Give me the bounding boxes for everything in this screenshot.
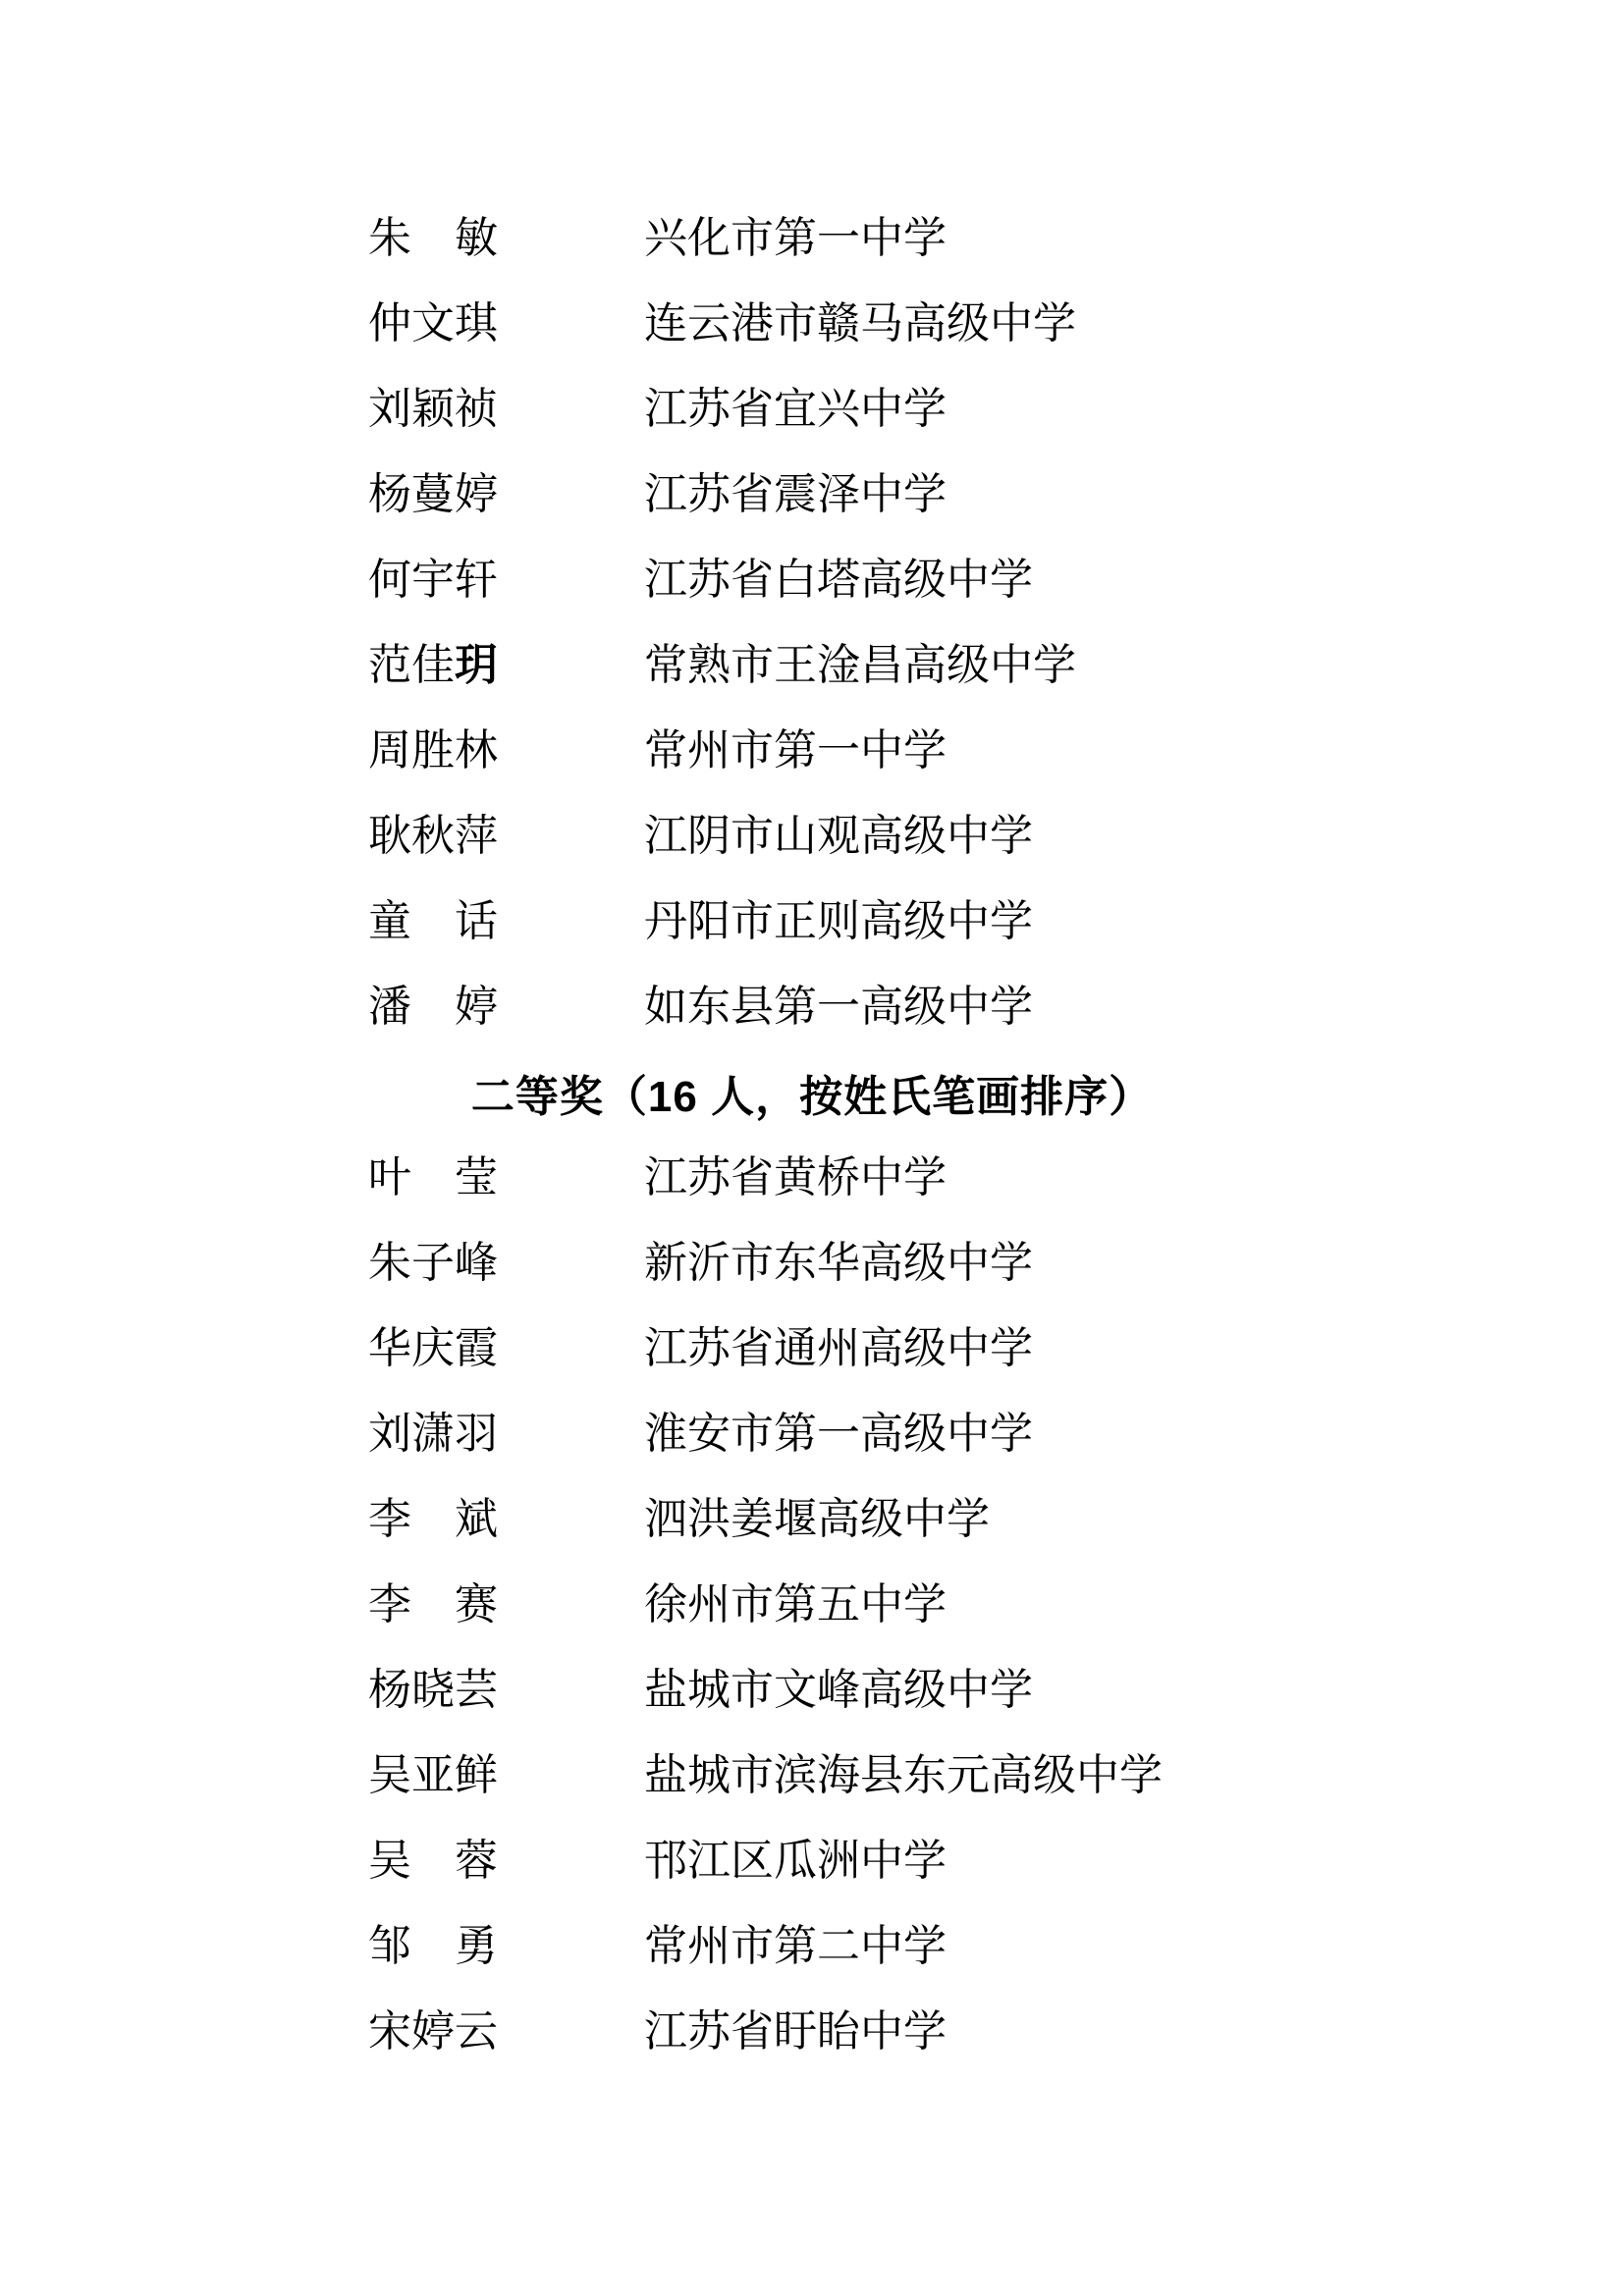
winner-name: 华庆霞 <box>368 1327 498 1370</box>
award-row: 何宇轩江苏省白塔高级中学 <box>0 537 1624 622</box>
school-name: 邗江区瓜洲中学 <box>644 1840 947 1883</box>
school-name: 连云港市赣马高级中学 <box>644 302 1076 346</box>
school-name: 常州市第二中学 <box>644 1925 947 1968</box>
school-name: 江苏省宜兴中学 <box>644 388 947 431</box>
winner-name: 范佳玥 <box>368 644 498 687</box>
award-row: 杨晓芸盐城市文峰高级中学 <box>0 1647 1624 1733</box>
winner-name: 周胜林 <box>368 729 498 773</box>
winner-name: 吴 蓉 <box>368 1840 498 1883</box>
school-name: 兴化市第一中学 <box>644 217 947 260</box>
winner-name: 何宇轩 <box>368 559 498 602</box>
award-row: 吴亚鲜盐城市滨海县东元高级中学 <box>0 1733 1624 1818</box>
winner-name: 童 话 <box>368 900 498 943</box>
winner-name: 耿秋萍 <box>368 815 498 858</box>
school-name: 江阴市山观高级中学 <box>644 815 1033 858</box>
award-row: 杨蔓婷江苏省震泽中学 <box>0 452 1624 537</box>
winner-name: 吴亚鲜 <box>368 1754 498 1797</box>
award-row: 华庆霞江苏省通州高级中学 <box>0 1306 1624 1391</box>
award-row: 叶 莹江苏省黄桥中学 <box>0 1135 1624 1220</box>
winner-name: 仲文琪 <box>368 302 498 346</box>
winner-name: 刘潇羽 <box>368 1413 498 1456</box>
award-row: 宋婷云江苏省盱眙中学 <box>0 1989 1624 2074</box>
award-row: 刘颖祯江苏省宜兴中学 <box>0 366 1624 452</box>
winner-name: 杨蔓婷 <box>368 473 498 516</box>
award-winner-list: 朱 敏兴化市第一中学仲文琪连云港市赣马高级中学刘颖祯江苏省宜兴中学杨蔓婷江苏省震… <box>0 0 1624 2074</box>
school-name: 淮安市第一高级中学 <box>644 1413 1033 1456</box>
winner-name: 刘颖祯 <box>368 388 498 431</box>
winner-name: 杨晓芸 <box>368 1669 498 1712</box>
winner-name: 朱子峰 <box>368 1242 498 1285</box>
winner-name: 李 赛 <box>368 1583 498 1627</box>
award-row: 刘潇羽淮安市第一高级中学 <box>0 1391 1624 1476</box>
school-name: 常熟市王淦昌高级中学 <box>644 644 1076 687</box>
award-row: 范佳玥常熟市王淦昌高级中学 <box>0 622 1624 708</box>
award-row: 耿秋萍江阴市山观高级中学 <box>0 793 1624 879</box>
award-row: 仲文琪连云港市赣马高级中学 <box>0 281 1624 366</box>
winner-name: 叶 莹 <box>368 1156 498 1200</box>
winner-name: 邹 勇 <box>368 1925 498 1968</box>
award-row: 潘 婷如东县第一高级中学 <box>0 964 1624 1049</box>
school-name: 江苏省白塔高级中学 <box>644 559 1033 602</box>
school-name: 常州市第一中学 <box>644 729 947 773</box>
school-name: 盐城市文峰高级中学 <box>644 1669 1033 1712</box>
school-name: 泗洪姜堰高级中学 <box>644 1498 990 1541</box>
school-name: 江苏省震泽中学 <box>644 473 947 516</box>
school-name: 丹阳市正则高级中学 <box>644 900 1033 943</box>
winner-name: 宋婷云 <box>368 2010 498 2054</box>
award-row: 吴 蓉邗江区瓜洲中学 <box>0 1818 1624 1903</box>
school-name: 徐州市第五中学 <box>644 1583 947 1627</box>
award-row: 李 赛徐州市第五中学 <box>0 1562 1624 1647</box>
winner-name-bold-char: 玥 <box>455 641 498 689</box>
school-name: 盐城市滨海县东元高级中学 <box>644 1754 1163 1797</box>
school-name: 如东县第一高级中学 <box>644 986 1033 1029</box>
award-row: 周胜林常州市第一中学 <box>0 708 1624 793</box>
award-row: 童 话丹阳市正则高级中学 <box>0 879 1624 964</box>
second-prize-header: 二等奖（16 人，按姓氏笔画排序） <box>0 1049 1624 1135</box>
school-name: 新沂市东华高级中学 <box>644 1242 1033 1285</box>
winner-name: 朱 敏 <box>368 217 498 260</box>
award-row: 朱 敏兴化市第一中学 <box>0 195 1624 281</box>
award-row: 李 斌泗洪姜堰高级中学 <box>0 1476 1624 1562</box>
winner-name: 潘 婷 <box>368 986 498 1029</box>
award-row: 朱子峰新沂市东华高级中学 <box>0 1220 1624 1306</box>
award-row: 邹 勇常州市第二中学 <box>0 1903 1624 1989</box>
school-name: 江苏省黄桥中学 <box>644 1156 947 1200</box>
school-name: 江苏省盱眙中学 <box>644 2010 947 2054</box>
document-page: 朱 敏兴化市第一中学仲文琪连云港市赣马高级中学刘颖祯江苏省宜兴中学杨蔓婷江苏省震… <box>0 0 1624 2296</box>
winner-name: 李 斌 <box>368 1498 498 1541</box>
school-name: 江苏省通州高级中学 <box>644 1327 1033 1370</box>
